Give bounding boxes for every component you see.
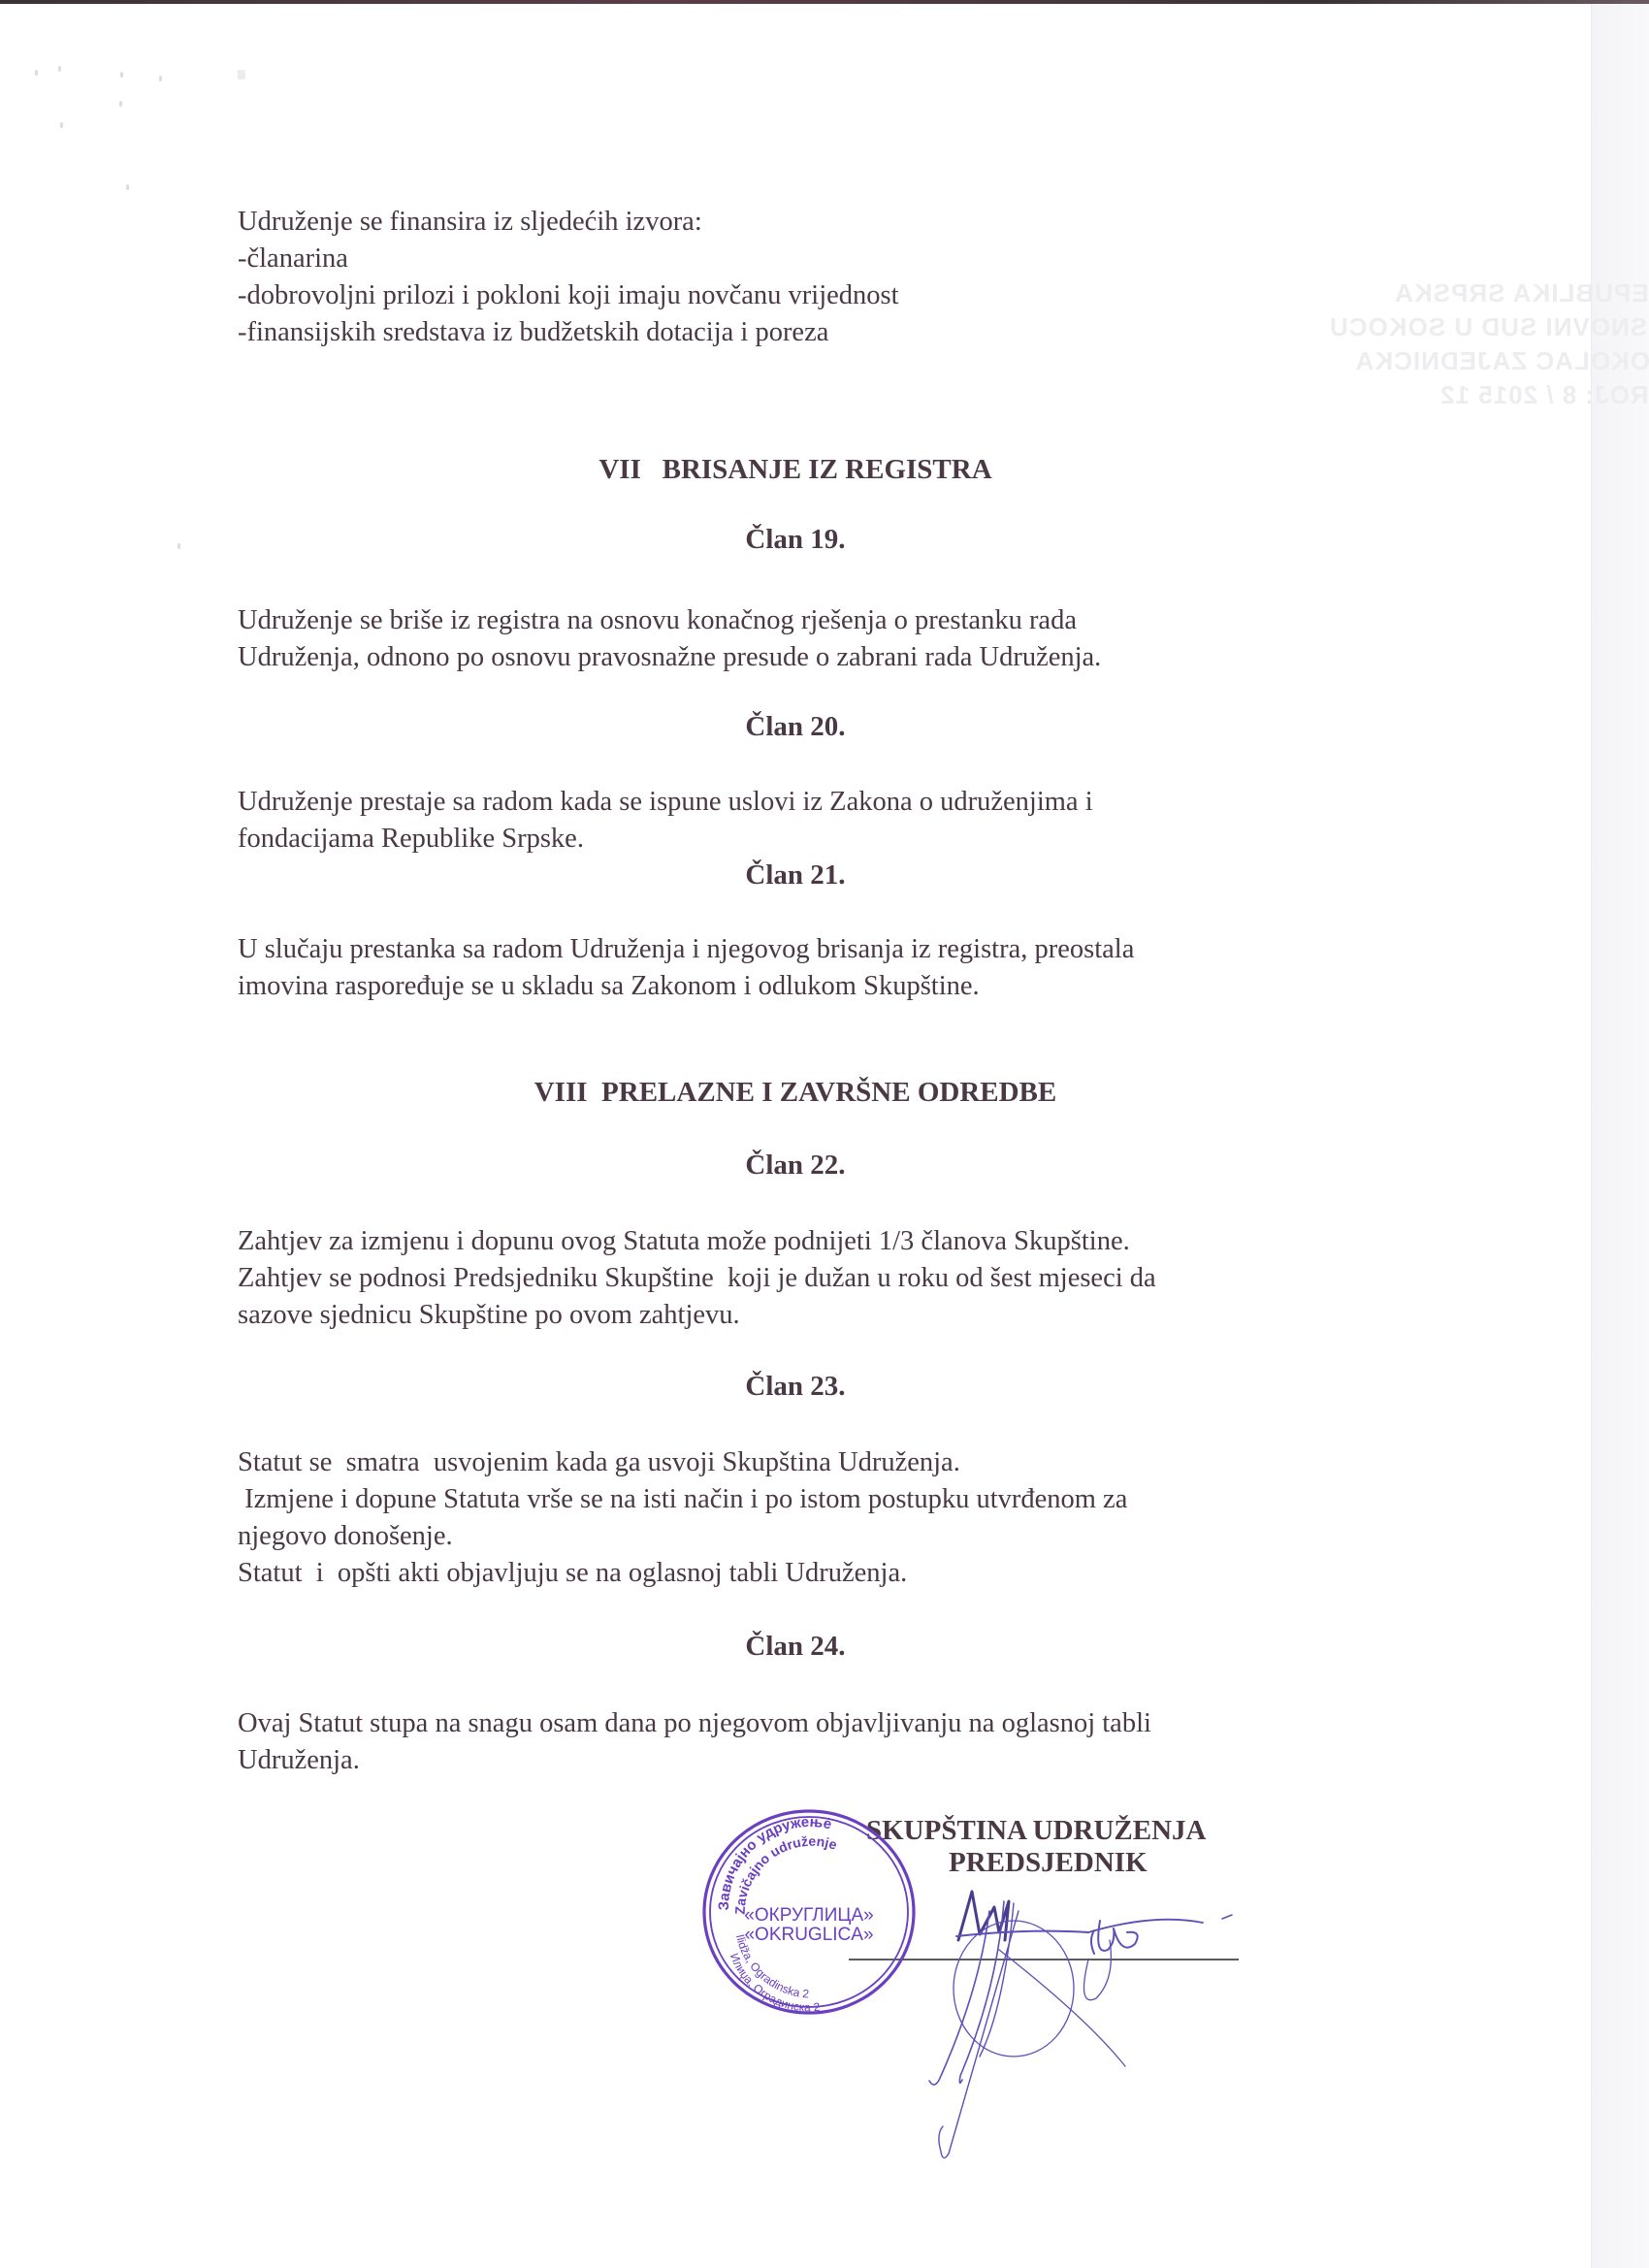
section-heading-vii: VII BRISANJE IZ REGISTRA xyxy=(0,454,1591,486)
funding-intro: Udruženje se finansira iz sljedećih izvo… xyxy=(238,204,702,241)
funding-item: -članarina xyxy=(238,241,348,277)
article-23-line: Statut i opšti akti objavljuju se na ogl… xyxy=(238,1555,907,1592)
scan-speck xyxy=(119,101,122,107)
funding-item: -dobrovoljni prilozi i pokloni koji imaj… xyxy=(238,277,899,314)
article-19-line: Udruženja, odnono po osnovu pravosnažne … xyxy=(238,639,1101,676)
scan-speck xyxy=(120,72,123,78)
handwritten-signature-icon xyxy=(834,1872,1261,2183)
stamp-ring-cyrillic: Завичајно удружење xyxy=(716,1814,833,1911)
scan-speck xyxy=(60,122,63,128)
article-23-line: Statut se smatra usvojenim kada ga usvoj… xyxy=(238,1444,960,1481)
article-19-line: Udruženje se briše iz registra na osnovu… xyxy=(238,602,1077,639)
scan-speck xyxy=(35,70,38,76)
article-23-line: njegovo donošenje. xyxy=(238,1518,453,1555)
article-20-line: Udruženje prestaje sa radom kada se ispu… xyxy=(238,784,1093,821)
article-title-22: Član 22. xyxy=(0,1150,1591,1182)
bleed-through-text: REPUBLIKA SRPSKA OSNOVNI SUD U SOKOCU SO… xyxy=(1329,276,1649,412)
scan-speck xyxy=(58,66,61,72)
article-23-line: Izmjene i dopune Statuta vrše se na isti… xyxy=(238,1481,1127,1518)
article-21-line: U slučaju prestanka sa radom Udruženja i… xyxy=(238,931,1134,968)
funding-item: -finansijskih sredstava iz budžetskih do… xyxy=(238,314,828,351)
section-heading-viii: VIII PRELAZNE I ZAVRŠNE ODREDBE xyxy=(0,1077,1591,1109)
article-title-20: Član 20. xyxy=(0,711,1591,743)
article-22-line: Zahtjev za izmjenu i dopunu ovog Statuta… xyxy=(238,1223,1130,1260)
scan-speck xyxy=(159,76,162,81)
article-24-line: Ovaj Statut stupa na snagu osam dana po … xyxy=(238,1705,1151,1742)
article-24-line: Udruženja. xyxy=(238,1742,360,1779)
article-title-23: Član 23. xyxy=(0,1371,1591,1403)
scan-top-edge xyxy=(0,0,1649,4)
scan-speck xyxy=(238,70,245,80)
article-20-line: fondacijama Republike Srpske. xyxy=(238,821,584,858)
scan-speck xyxy=(126,184,129,190)
article-21-line: imovina raspoređuje se u skladu sa Zakon… xyxy=(238,968,980,1005)
article-22-line: sazove sjednicu Skupštine po ovom zahtje… xyxy=(238,1297,740,1334)
article-title-21: Član 21. xyxy=(0,859,1591,891)
article-22-line: Zahtjev se podnosi Predsjedniku Skupštin… xyxy=(238,1260,1156,1297)
article-title-19: Član 19. xyxy=(0,524,1591,556)
article-title-24: Član 24. xyxy=(0,1631,1591,1663)
